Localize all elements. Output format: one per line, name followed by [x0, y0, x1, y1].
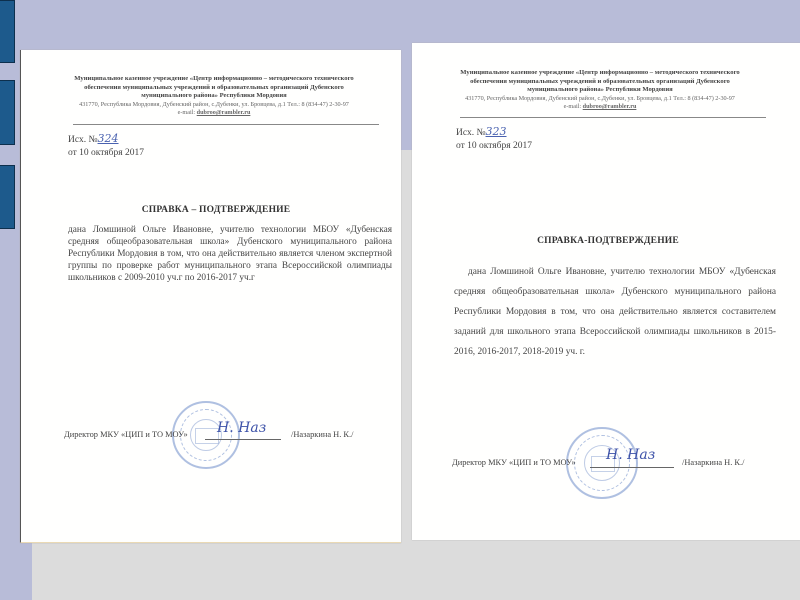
handwritten-number: 323 [486, 125, 507, 138]
signatory-position: Директор МКУ «ЦИП и ТО МОУ» [64, 430, 188, 439]
org-name-line: муниципального района» Республики Мордов… [432, 86, 768, 95]
official-stamp [566, 427, 638, 499]
org-address: 431770, Республика Мордовия, Дубенский р… [49, 101, 379, 110]
org-name-line: Муниципальное казенное учреждение «Центр… [432, 69, 768, 78]
signatory-name: /Назаркина Н. К./ [291, 430, 353, 439]
signature-line [205, 439, 281, 440]
signature-line [590, 467, 674, 468]
letterhead: Муниципальное казенное учреждение «Центр… [49, 75, 379, 118]
outgoing-number: Исх. №323 [456, 125, 507, 138]
handwritten-signature: Н. Наз [606, 447, 655, 463]
signatory-position: Директор МКУ «ЦИП и ТО МОУ» [452, 458, 576, 467]
org-name-line: обеспечения муниципальных учреждений и о… [49, 84, 379, 93]
accent-bar [0, 165, 15, 229]
org-name-line: муниципального района» Республики Мордов… [49, 92, 379, 101]
document-date: от 10 октября 2017 [68, 148, 144, 158]
org-address: 431770, Республика Мордовия, Дубенский р… [432, 95, 768, 104]
stamp-center [195, 428, 219, 444]
email-link[interactable]: dubroo@rambler.ru [583, 103, 637, 110]
org-email: e-mail: dubroo@rambler.ru [432, 103, 768, 112]
org-email: e-mail: dubroo@rambler.ru [49, 109, 379, 118]
certificate-document-left: Муниципальное казенное учреждение «Центр… [20, 50, 401, 543]
accent-bar [0, 0, 15, 63]
document-title: СПРАВКА – ПОДТВЕРЖДЕНИЕ [51, 205, 381, 215]
document-title: СПРАВКА-ПОДТВЕРЖДЕНИЕ [440, 236, 776, 246]
handwritten-signature: Н. Наз [217, 420, 266, 436]
letterhead: Муниципальное казенное учреждение «Центр… [432, 69, 768, 112]
certificate-document-right: Муниципальное казенное учреждение «Центр… [412, 43, 800, 540]
document-date: от 10 октября 2017 [456, 141, 532, 151]
accent-bar [0, 80, 15, 145]
handwritten-number: 324 [98, 132, 119, 145]
document-body: дана Ломшиной Ольге Ивановне, учителю те… [454, 262, 776, 362]
header-divider [460, 117, 766, 118]
org-name-line: обеспечения муниципальных учреждений и о… [432, 78, 768, 87]
org-name-line: Муниципальное казенное учреждение «Центр… [49, 75, 379, 84]
document-body: дана Ломшиной Ольге Ивановне, учителю те… [68, 224, 392, 284]
outgoing-number: Исх. №324 [68, 132, 119, 145]
email-link[interactable]: dubroo@rambler.ru [197, 109, 251, 116]
header-divider [73, 124, 379, 125]
signatory-name: /Назаркина Н. К./ [682, 458, 744, 467]
